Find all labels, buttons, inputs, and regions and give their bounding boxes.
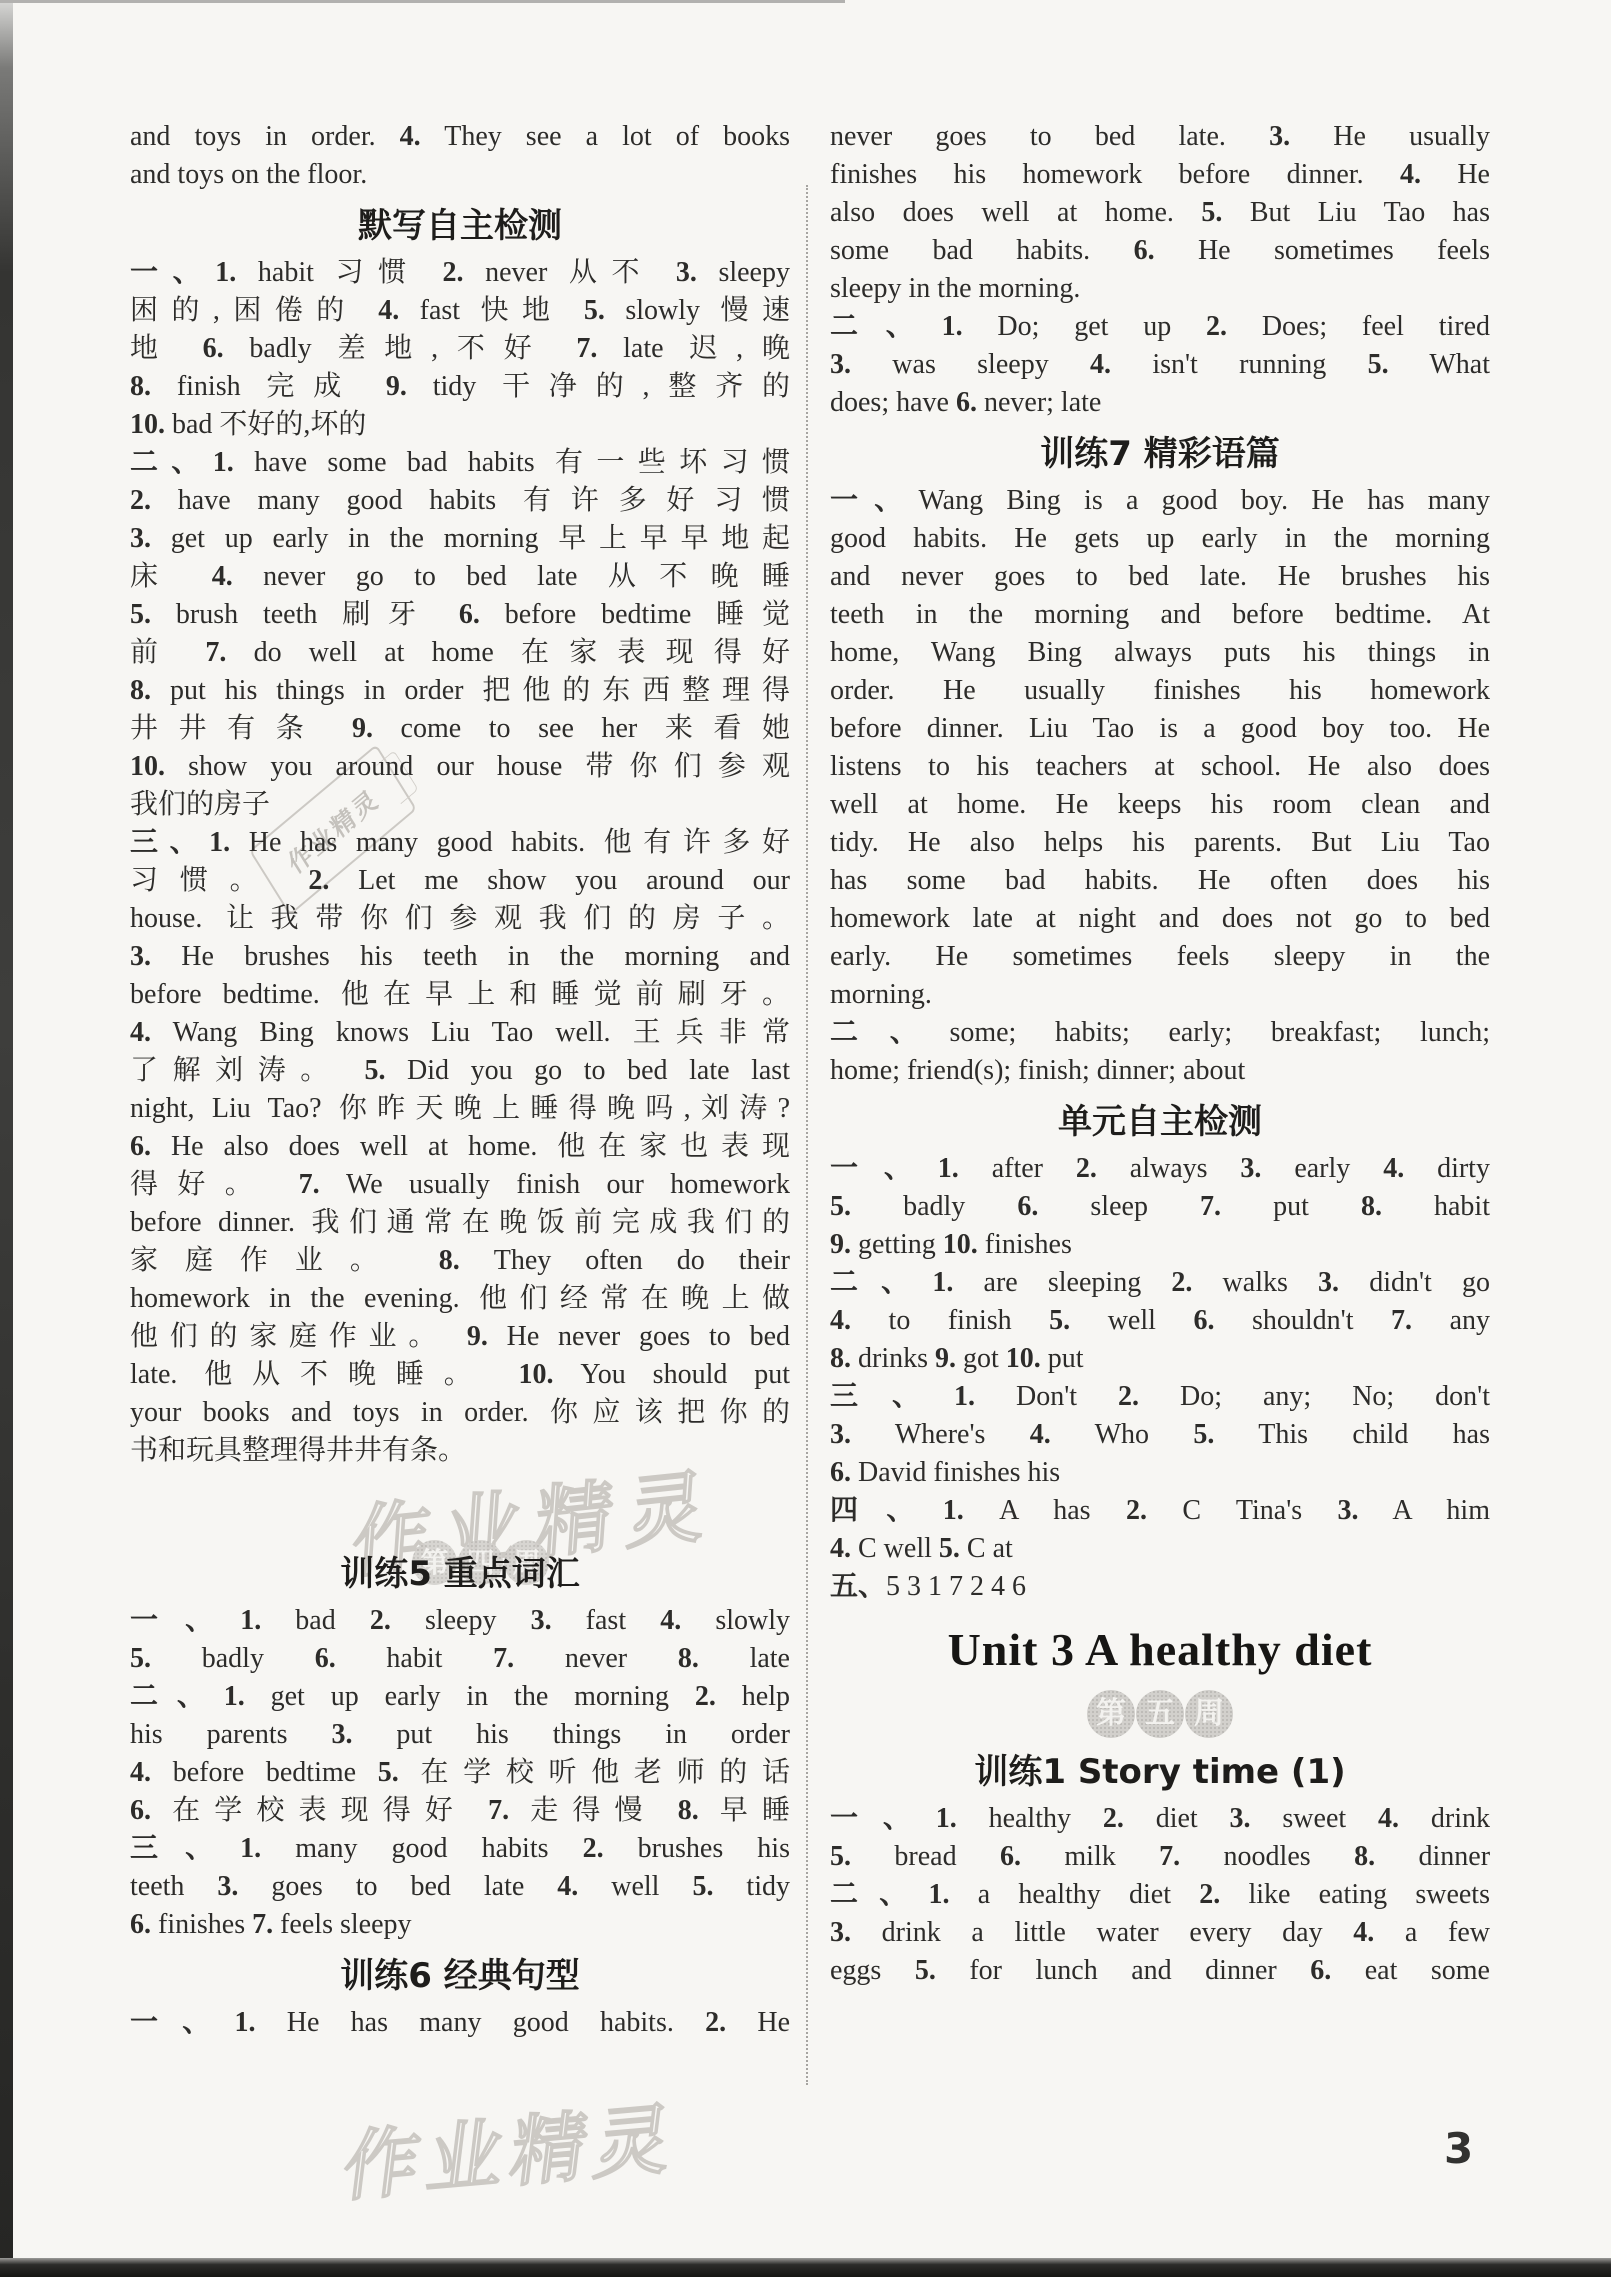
- text-line: 10. show you around our house 带你们参观: [130, 748, 790, 786]
- section-heading: 训练6 经典句型: [130, 1953, 790, 1999]
- text-line: teeth in the morning and before bedtime.…: [830, 596, 1490, 634]
- column-divider: [806, 185, 808, 2085]
- unit-heading: Unit 3 A healthy diet: [830, 1618, 1490, 1682]
- text-line: 我们的房子: [130, 786, 790, 824]
- answer-block: 一、1. He has many good habits. 2. He: [130, 2004, 790, 2042]
- text-line: 5. badly 6. sleep 7. put 8. habit: [830, 1188, 1490, 1226]
- text-line: 地 6. badly 差地,不好 7. late 迟,晚: [130, 330, 790, 368]
- text-line: 6. He also does well at home. 他在家也表现: [130, 1128, 790, 1166]
- section-heading: 默写自主检测: [130, 203, 790, 249]
- text-line: before dinner. Liu Tao is a good boy too…: [830, 710, 1490, 748]
- text-line: before bedtime. 他在早上和睡觉前刷牙。: [130, 976, 790, 1014]
- text-line: 2. have many good habits 有许多好习惯: [130, 482, 790, 520]
- text-line: does; have 6. never; late: [830, 384, 1490, 422]
- text-line: 3. was sleepy 4. isn't running 5. What: [830, 346, 1490, 384]
- text-line: 二、1. are sleeping 2. walks 3. didn't go: [830, 1264, 1490, 1302]
- week-5-stamp: 第五周: [830, 1690, 1490, 1740]
- text-line: 三、1. many good habits 2. brushes his: [130, 1830, 790, 1868]
- bottom-scan-edge: [0, 2258, 1611, 2277]
- text-line: and toys in order. 4. They see a lot of …: [130, 118, 790, 156]
- week-stamp-char: 第: [1087, 1690, 1135, 1738]
- text-line: teeth 3. goes to bed late 4. well 5. tid…: [130, 1868, 790, 1906]
- text-line: your books and toys in order. 你应该把你的: [130, 1394, 790, 1432]
- left-column: and toys in order. 4. They see a lot of …: [130, 118, 790, 2042]
- text-line: 一、1. habit 习惯 2. never 从不 3. sleepy: [130, 254, 790, 292]
- text-line: 一、1. healthy 2. diet 3. sweet 4. drink: [830, 1800, 1490, 1838]
- answer-block: and toys in order. 4. They see a lot of …: [130, 118, 790, 194]
- text-line: late. 他从不晚睡。 10. You should put: [130, 1356, 790, 1394]
- text-line: 一、Wang Bing is a good boy. He has many: [830, 482, 1490, 520]
- text-line: home; friend(s); finish; dinner; about: [830, 1052, 1490, 1090]
- section-heading: 训练1 Story time (1): [830, 1749, 1490, 1795]
- left-scan-edge: [0, 0, 13, 2277]
- answer-block: 一、Wang Bing is a good boy. He has manygo…: [830, 482, 1490, 1090]
- answer-block: 一、1. habit 习惯 2. never 从不 3. sleepy困的,困倦…: [130, 254, 790, 1470]
- text-line: 一、1. bad 2. sleepy 3. fast 4. slowly: [130, 1602, 790, 1640]
- text-line: good habits. He gets up early in the mor…: [830, 520, 1490, 558]
- text-line: house. 让我带你们参观我们的房子。: [130, 900, 790, 938]
- right-column: never goes to bed late. 3. He usuallyfin…: [830, 118, 1490, 1990]
- text-line: 一、1. after 2. always 3. early 4. dirty: [830, 1150, 1490, 1188]
- text-line: 8. put his things in order 把他的东西整理得: [130, 672, 790, 710]
- text-line: before dinner. 我们通常在晚饭前完成我们的: [130, 1204, 790, 1242]
- text-line: 9. getting 10. finishes: [830, 1226, 1490, 1264]
- text-line: night, Liu Tao? 你昨天晚上睡得晚吗,刘涛?: [130, 1090, 790, 1128]
- answer-block: 一、1. after 2. always 3. early 4. dirty5.…: [830, 1150, 1490, 1606]
- text-line: 5. brush teeth 刷牙 6. before bedtime 睡觉: [130, 596, 790, 634]
- text-line: some bad habits. 6. He sometimes feels: [830, 232, 1490, 270]
- text-line: 6. 在学校表现得好 7. 走得慢 8. 早睡: [130, 1792, 790, 1830]
- text-line: 6. David finishes his: [830, 1454, 1490, 1492]
- text-line: 8. finish 完成 9. tidy 干净的,整齐的: [130, 368, 790, 406]
- text-line: sleepy in the morning.: [830, 270, 1490, 308]
- text-line: 五、5 3 1 7 2 4 6: [830, 1568, 1490, 1606]
- answer-block: never goes to bed late. 3. He usuallyfin…: [830, 118, 1490, 422]
- text-line: 书和玩具整理得井井有条。: [130, 1432, 790, 1470]
- text-line: 前 7. do well at home 在家表现得好: [130, 634, 790, 672]
- answer-block: 一、1. healthy 2. diet 3. sweet 4. drink5.…: [830, 1800, 1490, 1990]
- text-line: eggs 5. for lunch and dinner 6. eat some: [830, 1952, 1490, 1990]
- text-line: 四、1. A has 2. C Tina's 3. A him: [830, 1492, 1490, 1530]
- text-line: 5. bread 6. milk 7. noodles 8. dinner: [830, 1838, 1490, 1876]
- text-line: 困的,困倦的 4. fast 快地 5. slowly 慢速: [130, 292, 790, 330]
- text-line: 4. Wang Bing knows Liu Tao well. 王兵非常: [130, 1014, 790, 1052]
- answer-block: 一、1. bad 2. sleepy 3. fast 4. slowly5. b…: [130, 1602, 790, 1944]
- text-line: 二、1. have some bad habits 有一些坏习惯: [130, 444, 790, 482]
- text-line: morning.: [830, 976, 1490, 1014]
- top-scan-edge: [0, 0, 845, 3]
- text-line: order. He usually finishes his homework: [830, 672, 1490, 710]
- text-line: 5. badly 6. habit 7. never 8. late: [130, 1640, 790, 1678]
- text-line: 习惯。 2. Let me show you around our: [130, 862, 790, 900]
- text-line: 井井有条 9. come to see her 来看她: [130, 710, 790, 748]
- text-line: listens to his teachers at school. He al…: [830, 748, 1490, 786]
- text-line: 3. drink a little water every day 4. a f…: [830, 1914, 1490, 1952]
- text-line: 二、1. get up early in the morning 2. help: [130, 1678, 790, 1716]
- text-line: 了解刘涛。 5. Did you go to bed late last: [130, 1052, 790, 1090]
- text-line: tidy. He also helps his parents. But Liu…: [830, 824, 1490, 862]
- text-line: 他们的家庭作业。 9. He never goes to bed: [130, 1318, 790, 1356]
- text-line: has some bad habits. He often does his: [830, 862, 1490, 900]
- scanned-answer-page: 作业精灵 作业精灵 第 四 周 作业精灵 and toys in order. …: [0, 0, 1611, 2277]
- watermark-brand-outline-bottom: 作业精灵: [338, 2077, 686, 2217]
- text-line: 3. He brushes his teeth in the morning a…: [130, 938, 790, 976]
- text-line: 床 4. never go to bed late 从不晚睡: [130, 558, 790, 596]
- text-line: well at home. He keeps his room clean an…: [830, 786, 1490, 824]
- text-line: and never goes to bed late. He brushes h…: [830, 558, 1490, 596]
- text-line: 10. bad 不好的,坏的: [130, 406, 790, 444]
- text-line: 三、1. Don't 2. Do; any; No; don't: [830, 1378, 1490, 1416]
- text-line: 4. before bedtime 5. 在学校听他老师的话: [130, 1754, 790, 1792]
- text-line: 3. get up early in the morning 早上早早地起: [130, 520, 790, 558]
- page-number: 3: [1444, 2124, 1473, 2173]
- text-line: 家庭作业。 8. They often do their: [130, 1242, 790, 1280]
- section-heading: 训练7 精彩语篇: [830, 431, 1490, 477]
- text-line: home, Wang Bing always puts his things i…: [830, 634, 1490, 672]
- text-line: never goes to bed late. 3. He usually: [830, 118, 1490, 156]
- text-line: 二、1. Do; get up 2. Does; feel tired: [830, 308, 1490, 346]
- text-line: 4. C well 5. C at: [830, 1530, 1490, 1568]
- text-line: also does well at home. 5. But Liu Tao h…: [830, 194, 1490, 232]
- text-line: 二、some; habits; early; breakfast; lunch;: [830, 1014, 1490, 1052]
- text-line: his parents 3. put his things in order: [130, 1716, 790, 1754]
- week-stamp-char: 周: [1185, 1690, 1233, 1738]
- text-line: 3. Where's 4. Who 5. This child has: [830, 1416, 1490, 1454]
- text-line: 三、1. He has many good habits. 他有许多好: [130, 824, 790, 862]
- week-stamp-char: 五: [1136, 1690, 1184, 1738]
- text-line: 一、1. He has many good habits. 2. He: [130, 2004, 790, 2042]
- section-heading: 单元自主检测: [830, 1099, 1490, 1145]
- text-line: 4. to finish 5. well 6. shouldn't 7. any: [830, 1302, 1490, 1340]
- text-line: 8. drinks 9. got 10. put: [830, 1340, 1490, 1378]
- text-line: and toys on the floor.: [130, 156, 790, 194]
- text-line: 6. finishes 7. feels sleepy: [130, 1906, 790, 1944]
- text-line: homework in the evening. 他们经常在晚上做: [130, 1280, 790, 1318]
- section-heading: 训练5 重点词汇: [130, 1551, 790, 1597]
- text-line: 得好。 7. We usually finish our homework: [130, 1166, 790, 1204]
- text-line: 二、1. a healthy diet 2. like eating sweet…: [830, 1876, 1490, 1914]
- text-line: homework late at night and does not go t…: [830, 900, 1490, 938]
- text-line: finishes his homework before dinner. 4. …: [830, 156, 1490, 194]
- text-line: early. He sometimes feels sleepy in the: [830, 938, 1490, 976]
- spacer: [130, 1470, 790, 1542]
